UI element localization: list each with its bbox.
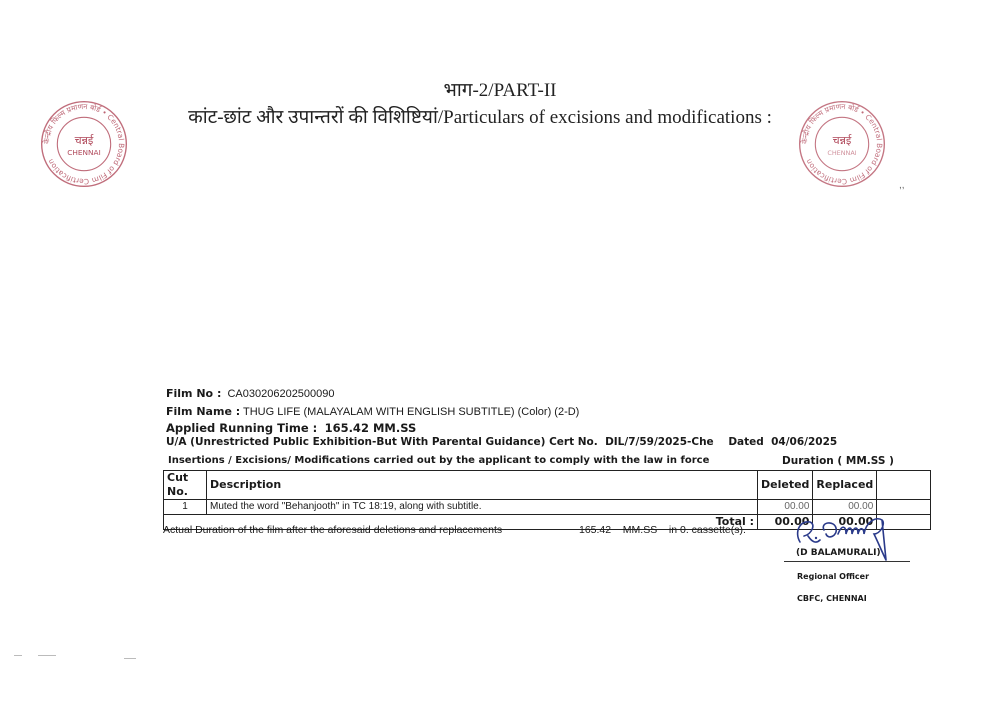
actual-duration-unit: MM.SS [623, 524, 657, 536]
dated-label: Dated [728, 436, 763, 448]
actual-duration-value-line: 165.42 MM.SS in 0. cassette(s). [579, 524, 746, 536]
dated-value: 04/06/2025 [771, 436, 837, 448]
signatory-office: CBFC, CHENNAI [797, 594, 867, 603]
running-time-line: Applied Running Time : 165.42 MM.SS [166, 421, 416, 435]
film-name-value: THUG LIFE (MALAYALAM WITH ENGLISH SUBTIT… [243, 406, 579, 418]
signature-underline [784, 561, 910, 562]
scan-speck [38, 655, 56, 656]
scan-speck [124, 658, 136, 659]
col-description: Description [207, 471, 758, 500]
svg-text:CHENNAI: CHENNAI [827, 149, 856, 157]
insertions-heading: Insertions / Excisions/ Modifications ca… [168, 455, 709, 466]
stray-mark: ,, [899, 180, 905, 191]
signatory-title: Regional Officer [797, 572, 869, 581]
running-time-value: 165.42 MM.SS [325, 421, 417, 435]
duration-heading: Duration ( MM.SS ) [782, 455, 894, 467]
cassettes-text: in 0. cassette(s). [669, 524, 746, 536]
svg-text:चन्नई: चन्नई [833, 134, 853, 147]
cert-no-value: DIL/7/59/2025-Che [605, 436, 714, 448]
col-replaced: Replaced [813, 471, 877, 500]
scan-speck [14, 655, 22, 656]
film-name-line: Film Name : THUG LIFE (MALAYALAM WITH EN… [166, 405, 579, 418]
certificate-label: U/A (Unrestricted Public Exhibition-But … [166, 436, 598, 448]
cell-description: Muted the word "Behanjooth" in TC 18:19,… [207, 500, 758, 515]
running-time-label: Applied Running Time : [166, 421, 317, 435]
actual-duration-label: Actual Duration of the film after the af… [163, 524, 502, 536]
svg-text:चन्नई: चन्नई [75, 134, 95, 147]
cell-cut-no: 1 [164, 500, 207, 515]
svg-text:CHENNAI: CHENNAI [67, 148, 101, 157]
actual-duration-value: 165.42 [579, 524, 611, 536]
film-no-label: Film No : [166, 387, 221, 400]
cbfc-stamp-right-icon: केन्द्रीय फिल्म प्रमाणन बोर्ड • Central … [796, 98, 888, 190]
certificate-line: U/A (Unrestricted Public Exhibition-But … [166, 436, 837, 448]
table-header-row: Cut No. Description Deleted Replaced [164, 471, 931, 500]
film-no-value: CA030206202500090 [227, 388, 334, 400]
signatory-name: (D BALAMURALI) [796, 548, 881, 558]
col-blank [877, 471, 931, 500]
film-no-line: Film No : CA030206202500090 [166, 387, 335, 400]
film-name-label: Film Name : [166, 405, 240, 418]
col-deleted: Deleted [758, 471, 813, 500]
col-cut-no: Cut No. [164, 471, 207, 500]
cbfc-stamp-left-icon: केन्द्रीय फिल्म प्रमाणन बोर्ड • Central … [38, 98, 130, 190]
